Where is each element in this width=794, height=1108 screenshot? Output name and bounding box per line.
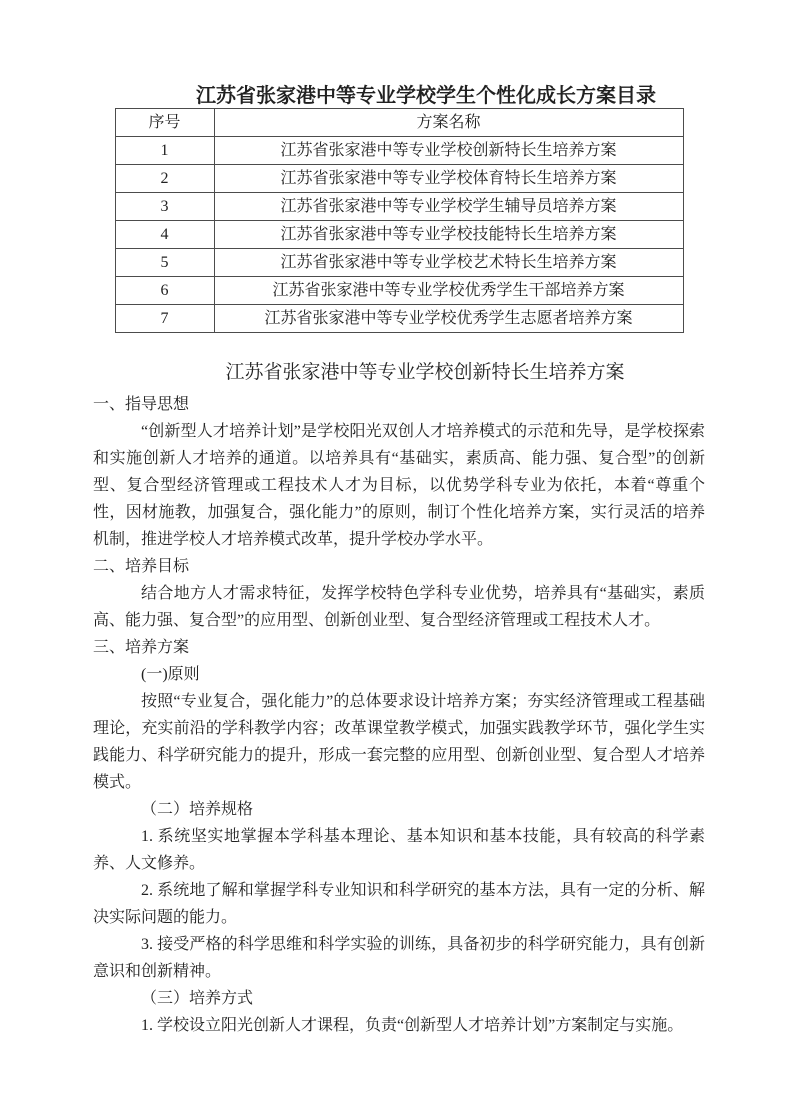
heading-training-goal: 二、培养目标	[93, 553, 705, 580]
toc-cell-name: 江苏省张家港中等专业学校体育特长生培养方案	[214, 165, 683, 193]
table-row: 5 江苏省张家港中等专业学校艺术特长生培养方案	[115, 249, 683, 277]
toc-header-row: 序号 方案名称	[115, 109, 683, 137]
toc-table: 序号 方案名称 1 江苏省张家港中等专业学校创新特长生培养方案 2 江苏省张家港…	[115, 108, 684, 333]
toc-cell-no: 5	[115, 249, 214, 277]
toc-header-no: 序号	[115, 109, 214, 137]
toc-cell-no: 4	[115, 221, 214, 249]
section-body: 一、指导思想 “创新型人才培养计划”是学校阳光双创人才培养模式的示范和先导，是学…	[93, 391, 705, 1039]
table-row: 1 江苏省张家港中等专业学校创新特长生培养方案	[115, 137, 683, 165]
toc-cell-name: 江苏省张家港中等专业学校优秀学生志愿者培养方案	[214, 305, 683, 333]
paragraph: 按照“专业复合，强化能力”的总体要求设计培养方案；夯实经济管理或工程基础理论，充…	[93, 688, 705, 796]
toc-cell-name: 江苏省张家港中等专业学校技能特长生培养方案	[214, 221, 683, 249]
numbered-item: 1. 学校设立阳光创新人才课程，负责“创新型人才培养计划”方案制定与实施。	[93, 1012, 705, 1039]
table-row: 3 江苏省张家港中等专业学校学生辅导员培养方案	[115, 193, 683, 221]
table-row: 6 江苏省张家港中等专业学校优秀学生干部培养方案	[115, 277, 683, 305]
heading-training-plan: 三、培养方案	[93, 634, 705, 661]
document-page: 江苏省张家港中等专业学校学生个性化成长方案目录 序号 方案名称 1 江苏省张家港…	[0, 0, 794, 1108]
doc-title: 江苏省张家港中等专业学校学生个性化成长方案目录	[93, 84, 705, 108]
toc-header-name: 方案名称	[214, 109, 683, 137]
numbered-item: 3. 接受严格的科学思维和科学实验的训练，具备初步的科学研究能力，具有创新意识和…	[93, 931, 705, 985]
table-row: 4 江苏省张家港中等专业学校技能特长生培养方案	[115, 221, 683, 249]
numbered-item: 2. 系统地了解和掌握学科专业知识和科学研究的基本方法，具有一定的分析、解决实际…	[93, 877, 705, 931]
section-title: 江苏省张家港中等专业学校创新特长生培养方案	[93, 358, 705, 387]
paragraph: 结合地方人才需求特征，发挥学校特色学科专业优势，培养具有“基础实，素质高、能力强…	[93, 580, 705, 634]
subheading-principle: (一)原则	[93, 661, 705, 688]
table-row: 7 江苏省张家港中等专业学校优秀学生志愿者培养方案	[115, 305, 683, 333]
table-row: 2 江苏省张家港中等专业学校体育特长生培养方案	[115, 165, 683, 193]
subheading-training-method: （三）培养方式	[93, 985, 705, 1012]
toc-cell-no: 3	[115, 193, 214, 221]
numbered-item: 1. 系统坚实地掌握本学科基本理论、基本知识和基本技能，具有较高的科学素养、人文…	[93, 823, 705, 877]
toc-cell-name: 江苏省张家港中等专业学校学生辅导员培养方案	[214, 193, 683, 221]
toc-cell-name: 江苏省张家港中等专业学校优秀学生干部培养方案	[214, 277, 683, 305]
toc-cell-name: 江苏省张家港中等专业学校创新特长生培养方案	[214, 137, 683, 165]
toc-cell-name: 江苏省张家港中等专业学校艺术特长生培养方案	[214, 249, 683, 277]
toc-cell-no: 7	[115, 305, 214, 333]
toc-cell-no: 1	[115, 137, 214, 165]
paragraph: “创新型人才培养计划”是学校阳光双创人才培养模式的示范和先导，是学校探索和实施创…	[93, 418, 705, 553]
toc-cell-no: 6	[115, 277, 214, 305]
heading-guiding-ideology: 一、指导思想	[93, 391, 705, 418]
toc-cell-no: 2	[115, 165, 214, 193]
subheading-training-spec: （二）培养规格	[93, 796, 705, 823]
